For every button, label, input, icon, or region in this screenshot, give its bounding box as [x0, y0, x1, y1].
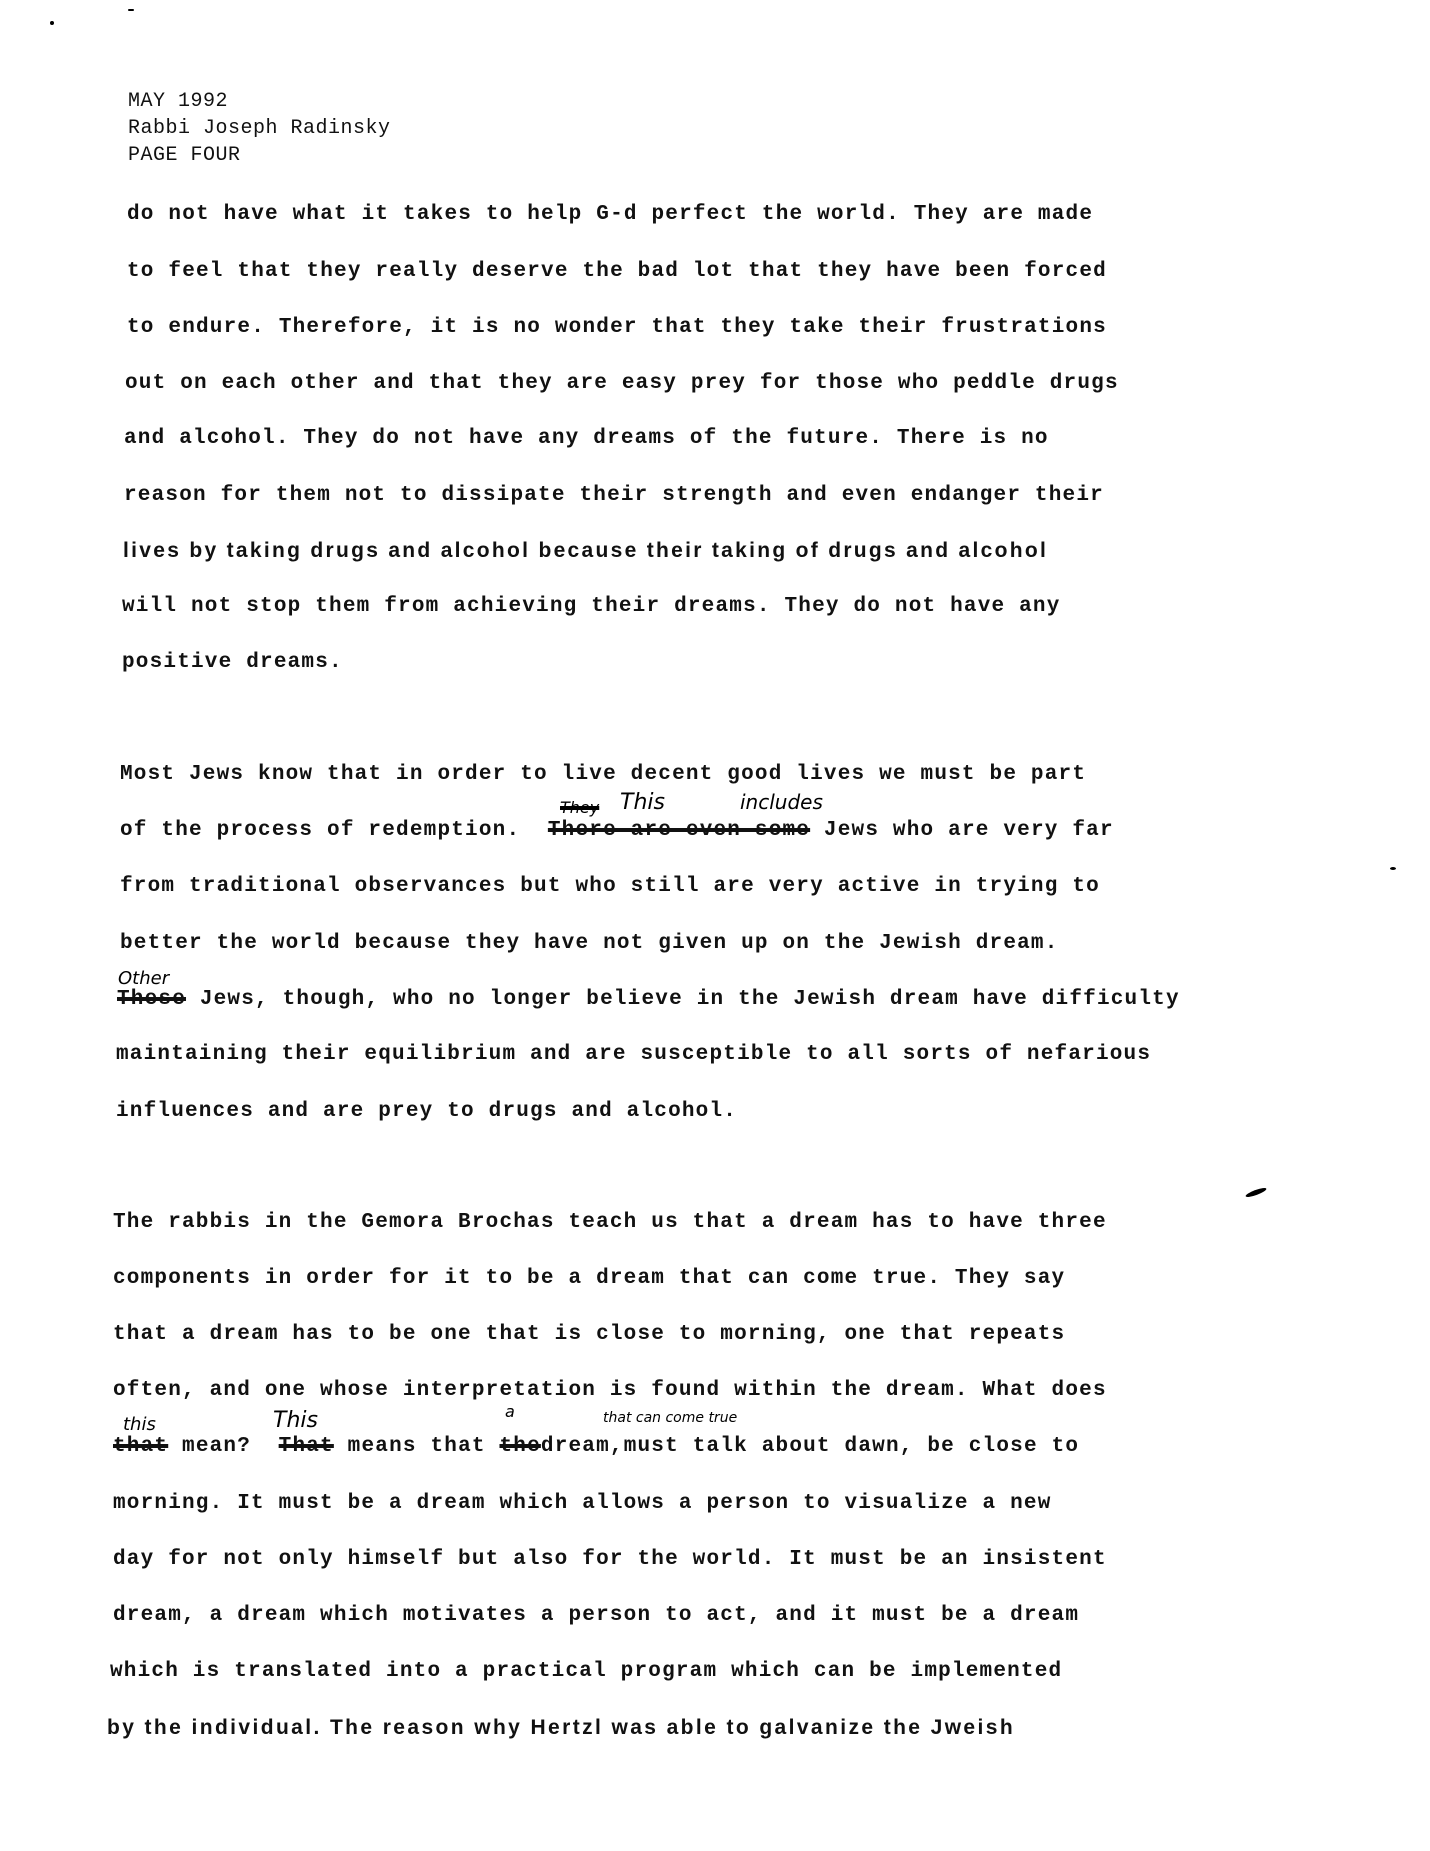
text-line: will not stop them from achieving their … — [122, 595, 1061, 618]
text-line: of the process of redemption. There are … — [120, 819, 1114, 842]
text-segment: of the process of redemption. — [120, 819, 548, 842]
scan-speck — [1390, 867, 1396, 870]
handwritten-correction: This — [273, 1408, 318, 1433]
document-page: MAY 1992 Rabbi Joseph Radinsky PAGE FOUR… — [0, 0, 1430, 1851]
document-header: MAY 1992 Rabbi Joseph Radinsky PAGE FOUR — [128, 88, 391, 169]
text-segment: Jews, though, who no longer believe in t… — [186, 988, 1180, 1011]
text-line: components in order for it to be a dream… — [113, 1267, 1065, 1290]
scan-speck — [50, 21, 54, 25]
text-line: influences and are prey to drugs and alc… — [116, 1100, 737, 1123]
text-line: that mean? That means that thedream,must… — [113, 1435, 1079, 1458]
handwritten-struck: They — [560, 798, 599, 817]
text-line: reason for them not to dissipate their s… — [124, 484, 1104, 507]
struck-text: that — [113, 1435, 168, 1458]
text-segment: dream,must talk about dawn, be close to — [541, 1435, 1079, 1458]
text-line: positive dreams. — [122, 651, 343, 674]
text-segment: means that — [334, 1435, 500, 1458]
text-line: to feel that they really deserve the bad… — [127, 260, 1107, 283]
text-line: which is translated into a practical pro… — [110, 1660, 1062, 1683]
text-line: Most Jews know that in order to live dec… — [120, 763, 1086, 786]
handwritten-correction: this — [123, 1414, 156, 1435]
handwritten-correction: includes — [740, 790, 823, 814]
text-line: and alcohol. They do not have any dreams… — [124, 427, 1049, 450]
text-line: The rabbis in the Gemora Brochas teach u… — [113, 1211, 1107, 1234]
text-line: often, and one whose interpretation is f… — [113, 1379, 1107, 1402]
text-line: by the individual. The reason why Hertzl… — [107, 1716, 1015, 1740]
struck-text: There are even some — [548, 819, 810, 842]
text-line: maintaining their equilibrium and are su… — [116, 1043, 1151, 1066]
header-date: MAY 1992 — [128, 88, 391, 115]
text-line: that a dream has to be one that is close… — [113, 1323, 1065, 1346]
text-segment: Jews who are very far — [810, 819, 1114, 842]
scan-speck — [128, 9, 134, 11]
text-line: do not have what it takes to help G-d pe… — [127, 203, 1093, 226]
text-segment: mean? — [168, 1435, 278, 1458]
text-line: These Jews, though, who no longer believ… — [117, 988, 1180, 1011]
text-line: out on each other and that they are easy… — [125, 372, 1119, 395]
text-line: day for not only himself but also for th… — [113, 1548, 1107, 1571]
text-line: dream, a dream which motivates a person … — [113, 1604, 1079, 1627]
text-line: to endure. Therefore, it is no wonder th… — [127, 316, 1107, 339]
handwritten-correction: that can come true — [603, 1410, 737, 1426]
struck-text: That — [279, 1435, 334, 1458]
scan-speck — [1245, 1186, 1267, 1198]
handwritten-correction: This — [620, 790, 665, 815]
text-line: lives by taking drugs and alcohol becaus… — [123, 539, 1048, 563]
handwritten-correction: Other — [118, 968, 169, 989]
struck-text: the — [499, 1435, 540, 1458]
text-line: from traditional observances but who sti… — [120, 875, 1100, 898]
struck-text: These — [117, 988, 186, 1011]
handwritten-correction: a — [505, 1402, 515, 1421]
text-line: better the world because they have not g… — [120, 932, 1059, 955]
header-author: Rabbi Joseph Radinsky — [128, 115, 391, 142]
text-line: morning. It must be a dream which allows… — [113, 1492, 1052, 1515]
header-page: PAGE FOUR — [128, 142, 391, 169]
